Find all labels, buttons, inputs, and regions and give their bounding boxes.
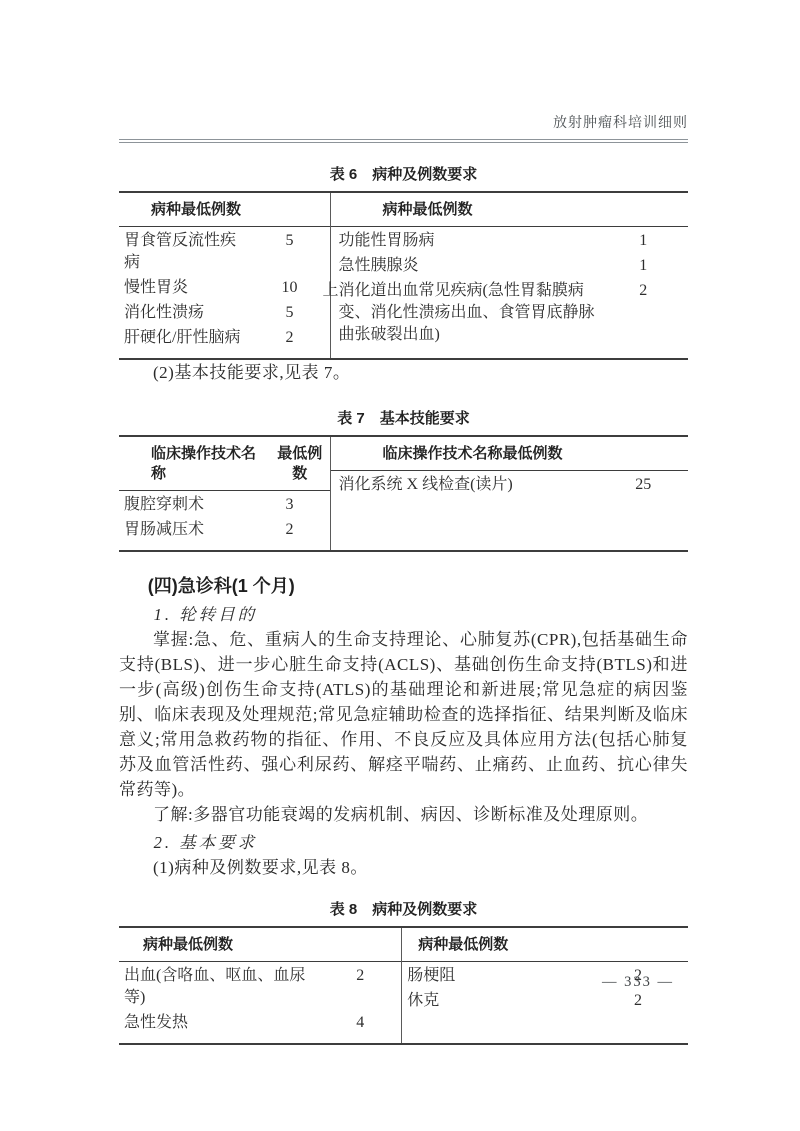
cell-count: 2 — [250, 327, 330, 349]
cell-count: 10 — [250, 277, 330, 299]
column-header-technique: 临床操作技术名称 — [119, 444, 270, 484]
header-rule — [119, 139, 688, 143]
column-header-disease: 病种 — [402, 935, 448, 955]
table-row: 慢性胃炎 10 — [119, 277, 330, 299]
table-row: 消化性溃疡 5 — [119, 302, 330, 324]
table-row: 胃肠减压术 2 — [119, 519, 330, 541]
table7-right-half: 临床操作技术名称 最低例数 消化系统 X 线检查(读片) 25 — [330, 437, 688, 550]
table-row: 功能性胃肠病 1 — [331, 230, 688, 252]
cell-disease: 急性发热 — [119, 1012, 319, 1034]
table7-title: 表 7 基本技能要求 — [119, 407, 688, 428]
cell-count: 3 — [250, 494, 330, 516]
basic-skill-paragraph: (2)基本技能要求,见表 7。 — [119, 360, 688, 385]
cell-disease: 出血(含咯血、呕血、血尿等) — [119, 965, 319, 1009]
rotation-purpose-subheading: 1. 轮转目的 — [119, 602, 688, 627]
table6-left-half: 病种 最低例数 胃食管反流性疾病 5 慢性胃炎 10 消化性溃疡 5 肝硬化/肝… — [119, 193, 330, 358]
cell-count: 2 — [250, 519, 330, 541]
column-header-disease: 病种 — [331, 200, 413, 220]
cell-count: 2 — [599, 280, 688, 346]
table6-right-header-row: 病种 最低例数 — [331, 193, 688, 227]
table6-title: 表 6 病种及例数要求 — [119, 163, 688, 184]
table8-left-half: 病种 最低例数 出血(含咯血、呕血、血尿等) 2 急性发热 4 — [119, 928, 401, 1043]
cell-disease: 肠梗阻 — [402, 965, 588, 987]
understanding-paragraph: 了解:多器官功能衰竭的发病机制、病因、诊断标准及处理原则。 — [119, 802, 688, 827]
table-row: 消化系统 X 线检查(读片) 25 — [331, 474, 688, 496]
column-header-technique: 临床操作技术名称 — [331, 444, 503, 464]
cell-count: 25 — [599, 474, 688, 496]
cell-count: 2 — [319, 965, 401, 1009]
table-row: 上消化道出血常见疾病(急性胃黏膜病变、消化性溃疡出血、食管胃底静脉曲张破裂出血)… — [331, 280, 688, 346]
table-row: 胃食管反流性疾病 5 — [119, 230, 330, 274]
cell-disease: 急性胰腺炎 — [331, 255, 599, 277]
table8-left-header-row: 病种 最低例数 — [119, 928, 401, 962]
column-header-disease: 病种 — [119, 935, 173, 955]
column-header-min-cases: 最低例数 — [270, 444, 330, 484]
table7-left-header-row: 临床操作技术名称 最低例数 — [119, 437, 330, 491]
cell-count: 5 — [250, 302, 330, 324]
table-row: 急性胰腺炎 1 — [331, 255, 688, 277]
cell-disease: 慢性胃炎 — [119, 277, 250, 299]
running-header: 放射肿瘤科培训细则 — [119, 112, 688, 132]
cell-disease: 上消化道出血常见疾病(急性胃黏膜病变、消化性溃疡出血、食管胃底静脉曲张破裂出血) — [331, 280, 599, 346]
column-header-min-cases: 最低例数 — [413, 200, 473, 220]
column-header-min-cases: 最低例数 — [173, 935, 233, 955]
table-row: 肝硬化/肝性脑病 2 — [119, 327, 330, 349]
cell-disease: 肝硬化/肝性脑病 — [119, 327, 250, 349]
cell-count: 2 — [588, 990, 688, 1012]
basic-requirement-subheading: 2. 基本要求 — [119, 830, 688, 855]
column-header-min-cases: 最低例数 — [503, 444, 563, 464]
page-content: 放射肿瘤科培训细则 表 6 病种及例数要求 病种 最低例数 胃食管反流性疾病 5… — [119, 0, 688, 1045]
cell-count: 5 — [250, 230, 330, 274]
table7: 临床操作技术名称 最低例数 腹腔穿刺术 3 胃肠减压术 2 临床操作技术名称 最… — [119, 435, 688, 552]
table-row: 腹腔穿刺术 3 — [119, 494, 330, 516]
table8-title: 表 8 病种及例数要求 — [119, 898, 688, 919]
table6: 病种 最低例数 胃食管反流性疾病 5 慢性胃炎 10 消化性溃疡 5 肝硬化/肝… — [119, 191, 688, 360]
table6-left-header-row: 病种 最低例数 — [119, 193, 330, 227]
column-header-min-cases: 最低例数 — [181, 200, 241, 220]
cell-technique: 胃肠减压术 — [119, 519, 250, 541]
table7-right-header-row: 临床操作技术名称 最低例数 — [331, 437, 688, 471]
cell-technique: 消化系统 X 线检查(读片) — [331, 474, 599, 496]
cell-disease: 功能性胃肠病 — [331, 230, 599, 252]
table6-right-half: 病种 最低例数 功能性胃肠病 1 急性胰腺炎 1 上消化道出血常见疾病(急性胃黏… — [330, 193, 688, 358]
cell-count: 4 — [319, 1012, 401, 1034]
table8-right-header-row: 病种 最低例数 — [402, 928, 688, 962]
table-row: 急性发热 4 — [119, 1012, 401, 1034]
mastery-paragraph: 掌握:急、危、重病人的生命支持理论、心肺复苏(CPR),包括基础生命支持(BLS… — [119, 627, 688, 802]
column-header-disease: 病种 — [119, 200, 181, 220]
column-header-min-cases: 最低例数 — [448, 935, 508, 955]
table-row: 休克 2 — [402, 990, 688, 1012]
case-requirement-paragraph: (1)病种及例数要求,见表 8。 — [119, 855, 688, 880]
cell-disease: 胃食管反流性疾病 — [119, 230, 250, 274]
page: 放射肿瘤科培训细则 表 6 病种及例数要求 病种 最低例数 胃食管反流性疾病 5… — [0, 0, 800, 1131]
cell-count: 1 — [599, 230, 688, 252]
cell-technique: 腹腔穿刺术 — [119, 494, 250, 516]
cell-disease: 消化性溃疡 — [119, 302, 250, 324]
table7-left-half: 临床操作技术名称 最低例数 腹腔穿刺术 3 胃肠减压术 2 — [119, 437, 330, 550]
cell-disease: 休克 — [402, 990, 588, 1012]
cell-count: 1 — [599, 255, 688, 277]
section-heading-emergency: (四)急诊科(1 个月) — [119, 574, 688, 599]
table-row: 出血(含咯血、呕血、血尿等) 2 — [119, 965, 401, 1009]
page-number: — 333 — — [602, 974, 674, 991]
